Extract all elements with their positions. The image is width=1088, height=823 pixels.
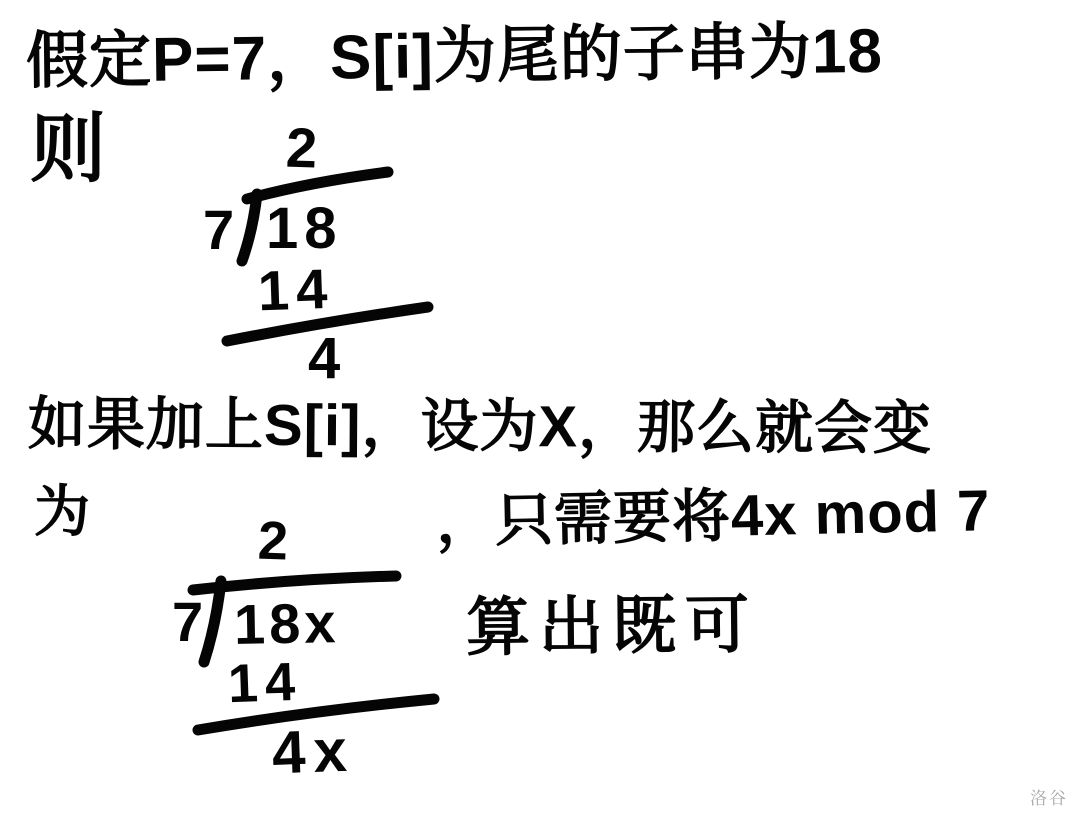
division2-quotient: 2 [257,513,289,568]
division2-product: 14 [227,655,303,712]
division1-quotient: 2 [285,119,318,176]
division1-remainder: 4 [308,330,340,388]
line-if-append: 如果加上S[i]，设为X，那么就会变 [28,396,932,459]
division2-vinculum-line [193,576,396,590]
division2-divisor: 7 [172,594,203,650]
line-becomes: 为 [34,484,90,540]
line-compute: 算出既可 [466,592,759,659]
line-then: 则 [30,112,106,188]
division2-dividend: 18x [234,595,340,653]
division2-bracket-line [204,581,221,662]
division2-remainder: 4x [271,721,356,784]
division1-dividend: 18 [266,200,343,258]
handwritten-note-canvas: 假定P=7，S[i]为尾的子串为18 则 如果加上S[i]，设为X，那么就会变 … [0,0,1088,823]
luogu-watermark: 洛谷 [1030,784,1068,809]
division1-bracket-line [242,194,257,261]
division1-product: 14 [257,261,335,320]
division1-divisor: 7 [203,202,234,258]
line-assumption: 假定P=7，S[i]为尾的子串为18 [26,21,884,93]
line-only-need: ，只需要将4x mod 7 [435,482,991,552]
division1-vinculum-line [247,172,388,199]
